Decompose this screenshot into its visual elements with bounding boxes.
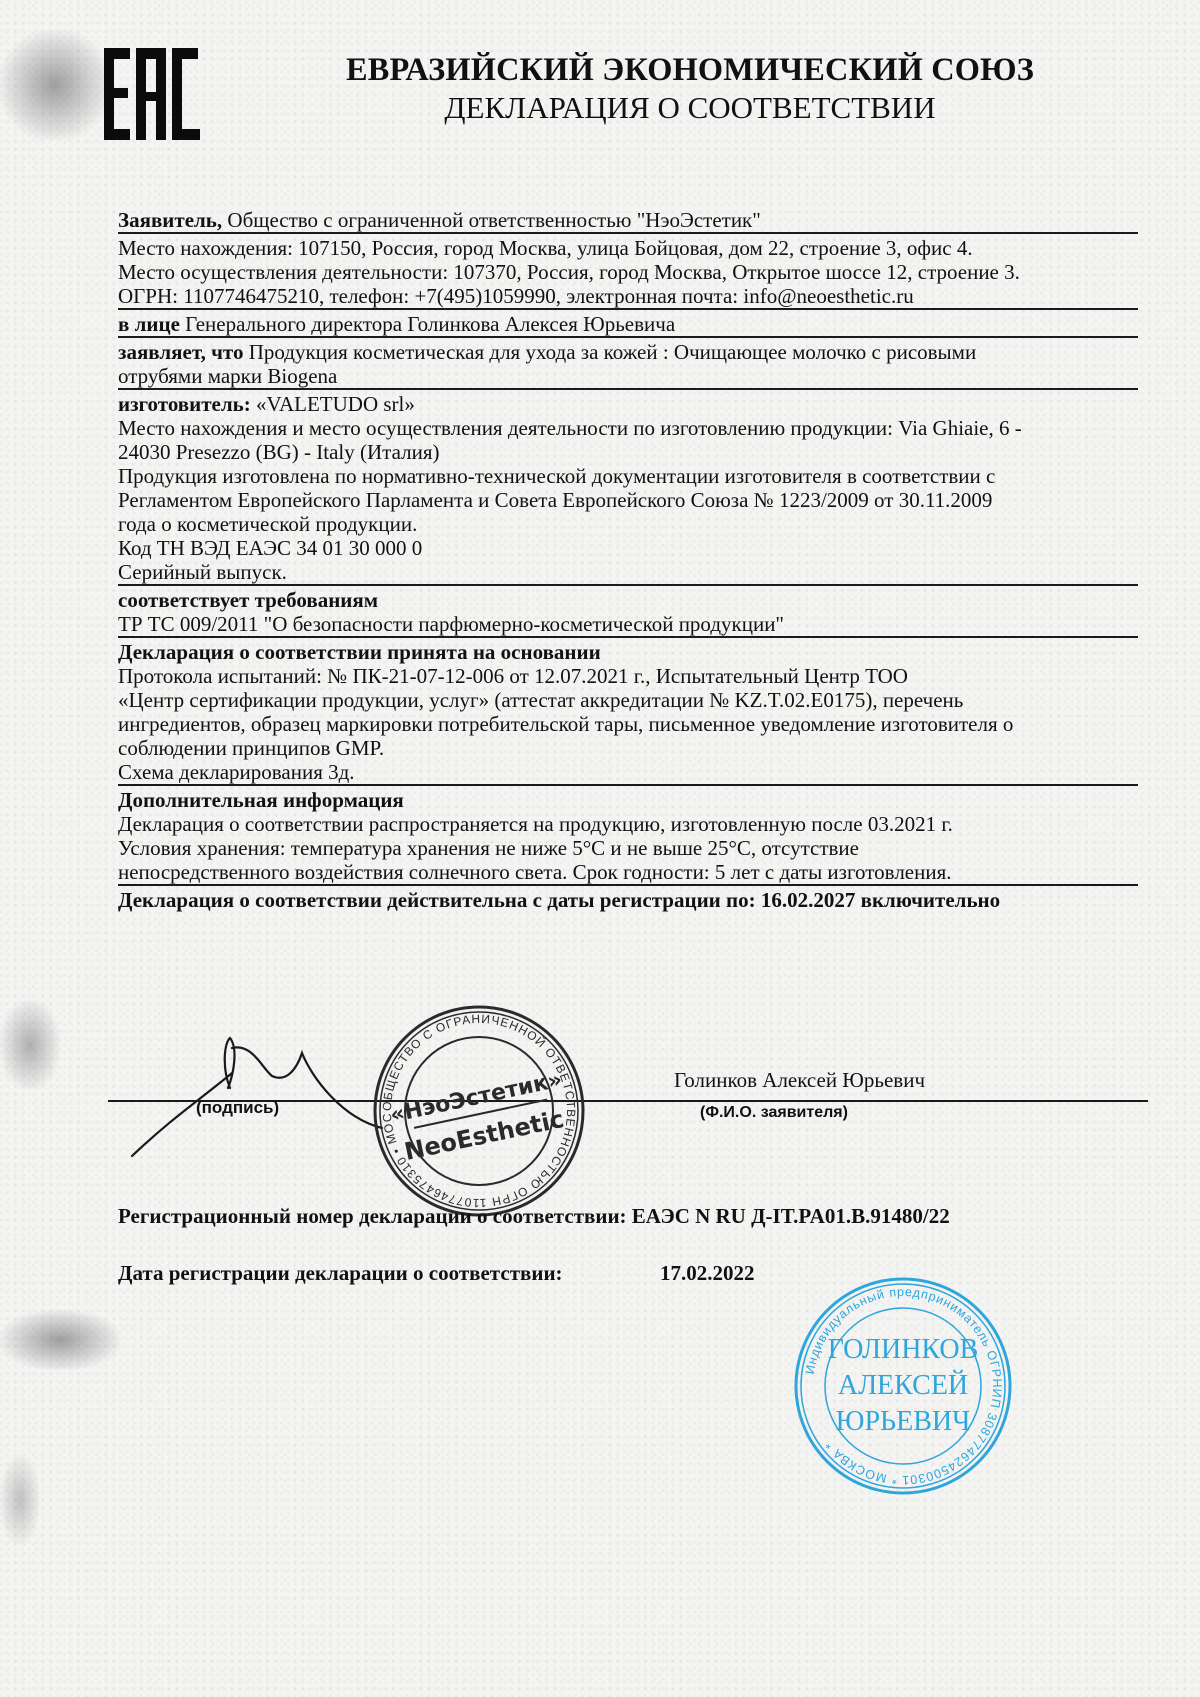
- scan-artifact: [0, 1455, 40, 1545]
- scan-artifact: [0, 1310, 120, 1370]
- signature-caption: (подпись): [196, 1098, 279, 1118]
- applicant-contacts: ОГРН: 1107746475210, телефон: +7(495)105…: [118, 284, 1138, 308]
- registration-number: ЕАЭС N RU Д-IT.PA01.B.91480/22: [632, 1204, 950, 1228]
- declaration-scheme: Схема декларирования 3д.: [118, 760, 1138, 784]
- tn-ved-code: Код ТН ВЭД ЕАЭС 34 01 30 000 0: [118, 536, 1138, 560]
- basis-row: Декларация о соответствии принята на осн…: [118, 640, 1138, 786]
- applicant-full-name: Голинков Алексей Юрьевич: [674, 1068, 925, 1093]
- eac-logo: [104, 48, 202, 140]
- requirements-label: соответствует требованиям: [118, 588, 378, 612]
- manufacturer-label: изготовитель:: [118, 392, 251, 416]
- applicant-label: Заявитель,: [118, 208, 222, 232]
- full-name-caption: (Ф.И.О. заявителя): [700, 1104, 848, 1122]
- applicant-row: Заявитель, Общество с ограниченной ответ…: [118, 208, 1138, 234]
- basis-label: Декларация о соответствии принята на осн…: [118, 640, 601, 664]
- svg-text:АЛЕКСЕЙ: АЛЕКСЕЙ: [838, 1370, 968, 1401]
- basis-line-3: ингредиентов, образец маркировки потреби…: [118, 712, 1138, 736]
- registration-number-label: Регистрационный номер декларации о соотв…: [118, 1204, 632, 1228]
- applicant-location: Место нахождения: 107150, Россия, город …: [118, 236, 1138, 260]
- requirements-row: соответствует требованиям ТР ТС 009/2011…: [118, 588, 1138, 638]
- representative-value: Генерального директора Голинкова Алексея…: [180, 312, 675, 336]
- scan-artifact: [0, 30, 110, 140]
- manufacturer-doc-2: Регламентом Европейского Парламента и Со…: [118, 488, 1138, 512]
- representative-label: в лице: [118, 312, 180, 336]
- additional-line-2: Условия хранения: температура хранения н…: [118, 836, 1138, 860]
- manufacturer-doc-1: Продукция изготовлена по нормативно-техн…: [118, 464, 1138, 488]
- scan-artifact: [0, 1000, 60, 1090]
- manufacturer-details: Место нахождения и место осуществления д…: [118, 416, 1138, 586]
- validity-text: Декларация о соответствии действительна …: [118, 888, 1000, 912]
- document-title: ДЕКЛАРАЦИЯ О СООТВЕТСТВИИ: [300, 90, 1080, 126]
- basis-line-4: соблюдении принципов GMP.: [118, 736, 1138, 760]
- registration-number-row: Регистрационный номер декларации о соотв…: [118, 1204, 950, 1229]
- additional-line-1: Декларация о соответствии распространяет…: [118, 812, 1138, 836]
- manufacturer-address-1: Место нахождения и место осуществления д…: [118, 416, 1138, 440]
- product-line-2: отрубями марки Biogena: [118, 364, 1138, 388]
- manufacturer-name: «VALETUDO srl»: [251, 392, 415, 416]
- svg-text:ГОЛИНКОВ: ГОЛИНКОВ: [828, 1334, 979, 1365]
- entrepreneur-seal-stamp: Индивидуальный предприниматель ОГРНИП 30…: [793, 1276, 1013, 1496]
- applicant-name: Общество с ограниченной ответственностью…: [222, 208, 761, 232]
- registration-date: 17.02.2022: [660, 1261, 755, 1286]
- svg-text:ЮРЬЕВИЧ: ЮРЬЕВИЧ: [836, 1406, 971, 1437]
- manufacturer-row: изготовитель: «VALETUDO srl»: [118, 392, 1138, 416]
- basis-line-1: Протокола испытаний: № ПК-21-07-12-006 о…: [118, 664, 1138, 688]
- representative-row: в лице Генерального директора Голинкова …: [118, 312, 1138, 338]
- validity-row: Декларация о соответствии действительна …: [118, 888, 1138, 912]
- declares-row: заявляет, что Продукция косметическая дл…: [118, 340, 1138, 390]
- applicant-details: Место нахождения: 107150, Россия, город …: [118, 236, 1138, 310]
- release-type: Серийный выпуск.: [118, 560, 1138, 584]
- applicant-activity-location: Место осуществления деятельности: 107370…: [118, 260, 1138, 284]
- union-title: ЕВРАЗИЙСКИЙ ЭКОНОМИЧЕСКИЙ СОЮЗ: [308, 52, 1072, 89]
- registration-date-label: Дата регистрации декларации о соответств…: [118, 1261, 563, 1286]
- eac-mark-icon: [104, 48, 202, 140]
- requirements-value: ТР ТС 009/2011 "О безопасности парфюмерн…: [118, 612, 1138, 636]
- manufacturer-doc-3: года о косметической продукции.: [118, 512, 1138, 536]
- manufacturer-address-2: 24030 Presezzo (BG) - Italy (Италия): [118, 440, 1138, 464]
- basis-line-2: «Центр сертификации продукции, услуг» (а…: [118, 688, 1138, 712]
- declares-label: заявляет, что: [118, 340, 243, 364]
- company-seal-stamp: ОБЩЕСТВО С ОГРАНИЧЕННОЙ ОТВЕТСТВЕННОСТЬЮ…: [372, 1004, 586, 1218]
- additional-row: Дополнительная информация Декларация о с…: [118, 788, 1138, 886]
- additional-label: Дополнительная информация: [118, 788, 404, 812]
- additional-line-3: непосредственного воздействия солнечного…: [118, 860, 1138, 884]
- product-line-1: Продукция косметическая для ухода за кож…: [243, 340, 976, 364]
- declaration-body: Заявитель, Общество с ограниченной ответ…: [118, 208, 1138, 912]
